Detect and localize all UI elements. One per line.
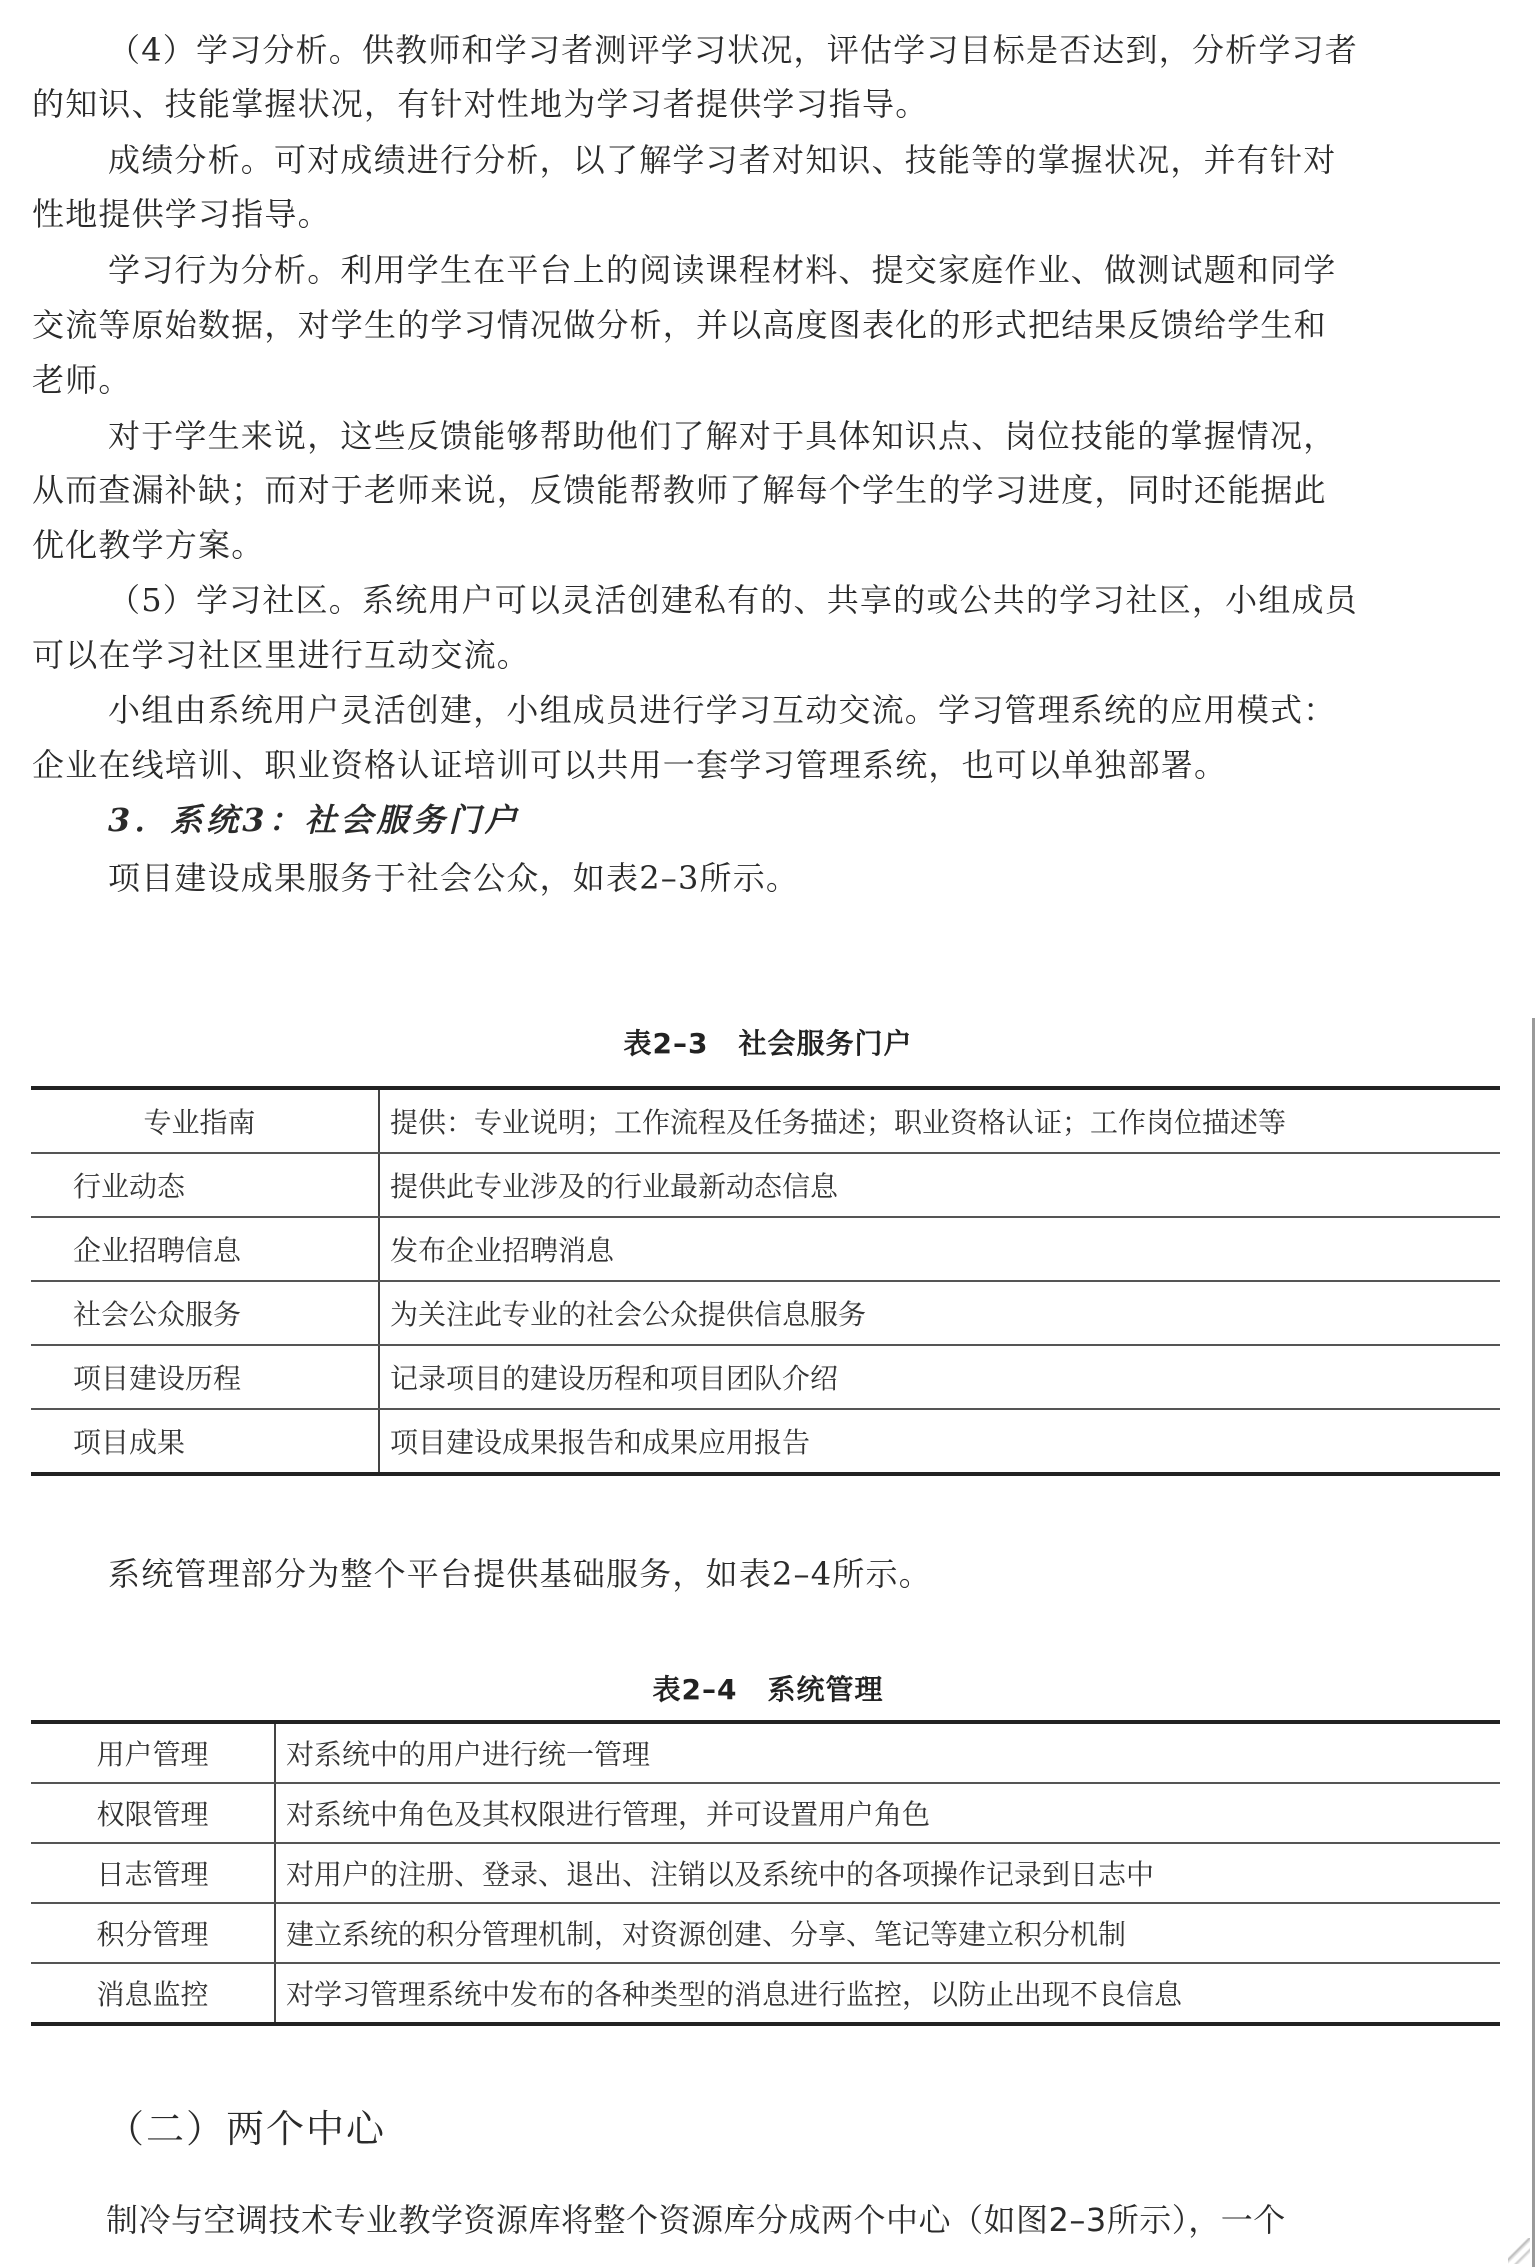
paragraph-line: 的知识、技能掌握状况，有针对性地为学习者提供学习指导。 xyxy=(32,84,1507,124)
section-intro: 项目建设成果服务于社会公众，如表2–3所示。 xyxy=(108,858,1536,898)
page-curl-icon xyxy=(1508,2238,1530,2264)
table-row: 社会公众服务 为关注此专业的社会公众提供信息服务 xyxy=(31,1281,1500,1345)
document-page: （4）学习分析。供教师和学习者测评学习状况，评估学习目标是否达到，分析学习者 的… xyxy=(0,0,1536,2267)
row-value: 建立系统的积分管理机制，对资源创建、分享、笔记等建立积分机制 xyxy=(275,1903,1500,1963)
paragraph-line: 学习行为分析。利用学生在平台上的阅读课程材料、提交家庭作业、做测试题和同学 xyxy=(108,250,1536,290)
paragraph-line: 制冷与空调技术专业教学资源库将整个资源库分成两个中心（如图2–3所示），一个 xyxy=(106,2200,1286,2240)
row-key: 用户管理 xyxy=(31,1722,275,1783)
row-value: 对用户的注册、登录、退出、注销以及系统中的各项操作记录到日志中 xyxy=(275,1843,1500,1903)
row-key: 行业动态 xyxy=(31,1153,379,1217)
table-title: 系统管理 xyxy=(767,1673,883,1706)
social-service-portal-table: 专业指南 提供：专业说明；工作流程及任务描述；职业资格认证；工作岗位描述等 行业… xyxy=(31,1086,1500,1476)
paragraph-line: 从而查漏补缺；而对于老师来说，反馈能帮教师了解每个学生的学习进度，同时还能据此 xyxy=(32,470,1507,510)
paragraph-line: 企业在线培训、职业资格认证培训可以共用一套学习管理系统，也可以单独部署。 xyxy=(32,745,1507,785)
row-key: 消息监控 xyxy=(31,1963,275,2024)
row-key: 权限管理 xyxy=(31,1783,275,1843)
section-heading: 3．系统3：社会服务门户 xyxy=(108,800,1536,840)
row-key: 社会公众服务 xyxy=(31,1281,379,1345)
system-management-intro: 系统管理部分为整个平台提供基础服务，如表2–4所示。 xyxy=(108,1554,1536,1594)
paragraph-line: 可以在学习社区里进行互动交流。 xyxy=(32,635,1507,675)
page-edge-divider xyxy=(1532,1018,1535,2267)
row-key: 积分管理 xyxy=(31,1903,275,1963)
row-value: 对系统中角色及其权限进行管理，并可设置用户角色 xyxy=(275,1783,1500,1843)
row-value: 为关注此专业的社会公众提供信息服务 xyxy=(379,1281,1500,1345)
paragraph-line: 老师。 xyxy=(32,360,1507,400)
table-number: 表2–4 xyxy=(653,1673,738,1706)
table-row: 用户管理 对系统中的用户进行统一管理 xyxy=(31,1722,1500,1783)
table-title: 社会服务门户 xyxy=(738,1027,912,1060)
row-key: 日志管理 xyxy=(31,1843,275,1903)
row-value: 提供：专业说明；工作流程及任务描述；职业资格认证；工作岗位描述等 xyxy=(379,1088,1500,1153)
section-heading: （二）两个中心 xyxy=(106,2106,386,2152)
table-row: 日志管理 对用户的注册、登录、退出、注销以及系统中的各项操作记录到日志中 xyxy=(31,1843,1500,1903)
row-key: 专业指南 xyxy=(31,1088,379,1153)
table-number: 表2–3 xyxy=(624,1027,709,1060)
paragraph-line: 小组由系统用户灵活创建，小组成员进行学习互动交流。学习管理系统的应用模式： xyxy=(108,690,1536,730)
table-row: 项目建设历程 记录项目的建设历程和项目团队介绍 xyxy=(31,1345,1500,1409)
row-key: 企业招聘信息 xyxy=(31,1217,379,1281)
row-key: 项目建设历程 xyxy=(31,1345,379,1409)
table-row: 消息监控 对学习管理系统中发布的各种类型的消息进行监控，以防止出现不良信息 xyxy=(31,1963,1500,2024)
row-value: 对学习管理系统中发布的各种类型的消息进行监控，以防止出现不良信息 xyxy=(275,1963,1500,2024)
table-caption: 表2–3社会服务门户 xyxy=(0,1026,1536,1062)
table-row: 专业指南 提供：专业说明；工作流程及任务描述；职业资格认证；工作岗位描述等 xyxy=(31,1088,1500,1153)
paragraph-line: （5）学习社区。系统用户可以灵活创建私有的、共享的或公共的学习社区，小组成员 xyxy=(108,580,1536,620)
row-value: 项目建设成果报告和成果应用报告 xyxy=(379,1409,1500,1474)
paragraph-line: 交流等原始数据，对学生的学习情况做分析，并以高度图表化的形式把结果反馈给学生和 xyxy=(32,305,1507,345)
row-value: 记录项目的建设历程和项目团队介绍 xyxy=(379,1345,1500,1409)
table-row: 行业动态 提供此专业涉及的行业最新动态信息 xyxy=(31,1153,1500,1217)
paragraph-line: （4）学习分析。供教师和学习者测评学习状况，评估学习目标是否达到，分析学习者 xyxy=(108,30,1536,70)
paragraph-line: 性地提供学习指导。 xyxy=(32,194,1507,234)
row-key: 项目成果 xyxy=(31,1409,379,1474)
table-row: 企业招聘信息 发布企业招聘消息 xyxy=(31,1217,1500,1281)
table-row: 积分管理 建立系统的积分管理机制，对资源创建、分享、笔记等建立积分机制 xyxy=(31,1903,1500,1963)
table-row: 权限管理 对系统中角色及其权限进行管理，并可设置用户角色 xyxy=(31,1783,1500,1843)
table-row: 项目成果 项目建设成果报告和成果应用报告 xyxy=(31,1409,1500,1474)
paragraph-line: 优化教学方案。 xyxy=(32,525,1507,565)
row-value: 发布企业招聘消息 xyxy=(379,1217,1500,1281)
paragraph-line: 对于学生来说，这些反馈能够帮助他们了解对于具体知识点、岗位技能的掌握情况， xyxy=(108,416,1536,456)
row-value: 提供此专业涉及的行业最新动态信息 xyxy=(379,1153,1500,1217)
table-caption: 表2–4系统管理 xyxy=(0,1672,1536,1708)
row-value: 对系统中的用户进行统一管理 xyxy=(275,1722,1500,1783)
paragraph-line: 成绩分析。可对成绩进行分析，以了解学习者对知识、技能等的掌握状况，并有针对 xyxy=(108,140,1536,180)
system-management-table: 用户管理 对系统中的用户进行统一管理 权限管理 对系统中角色及其权限进行管理，并… xyxy=(31,1720,1500,2026)
